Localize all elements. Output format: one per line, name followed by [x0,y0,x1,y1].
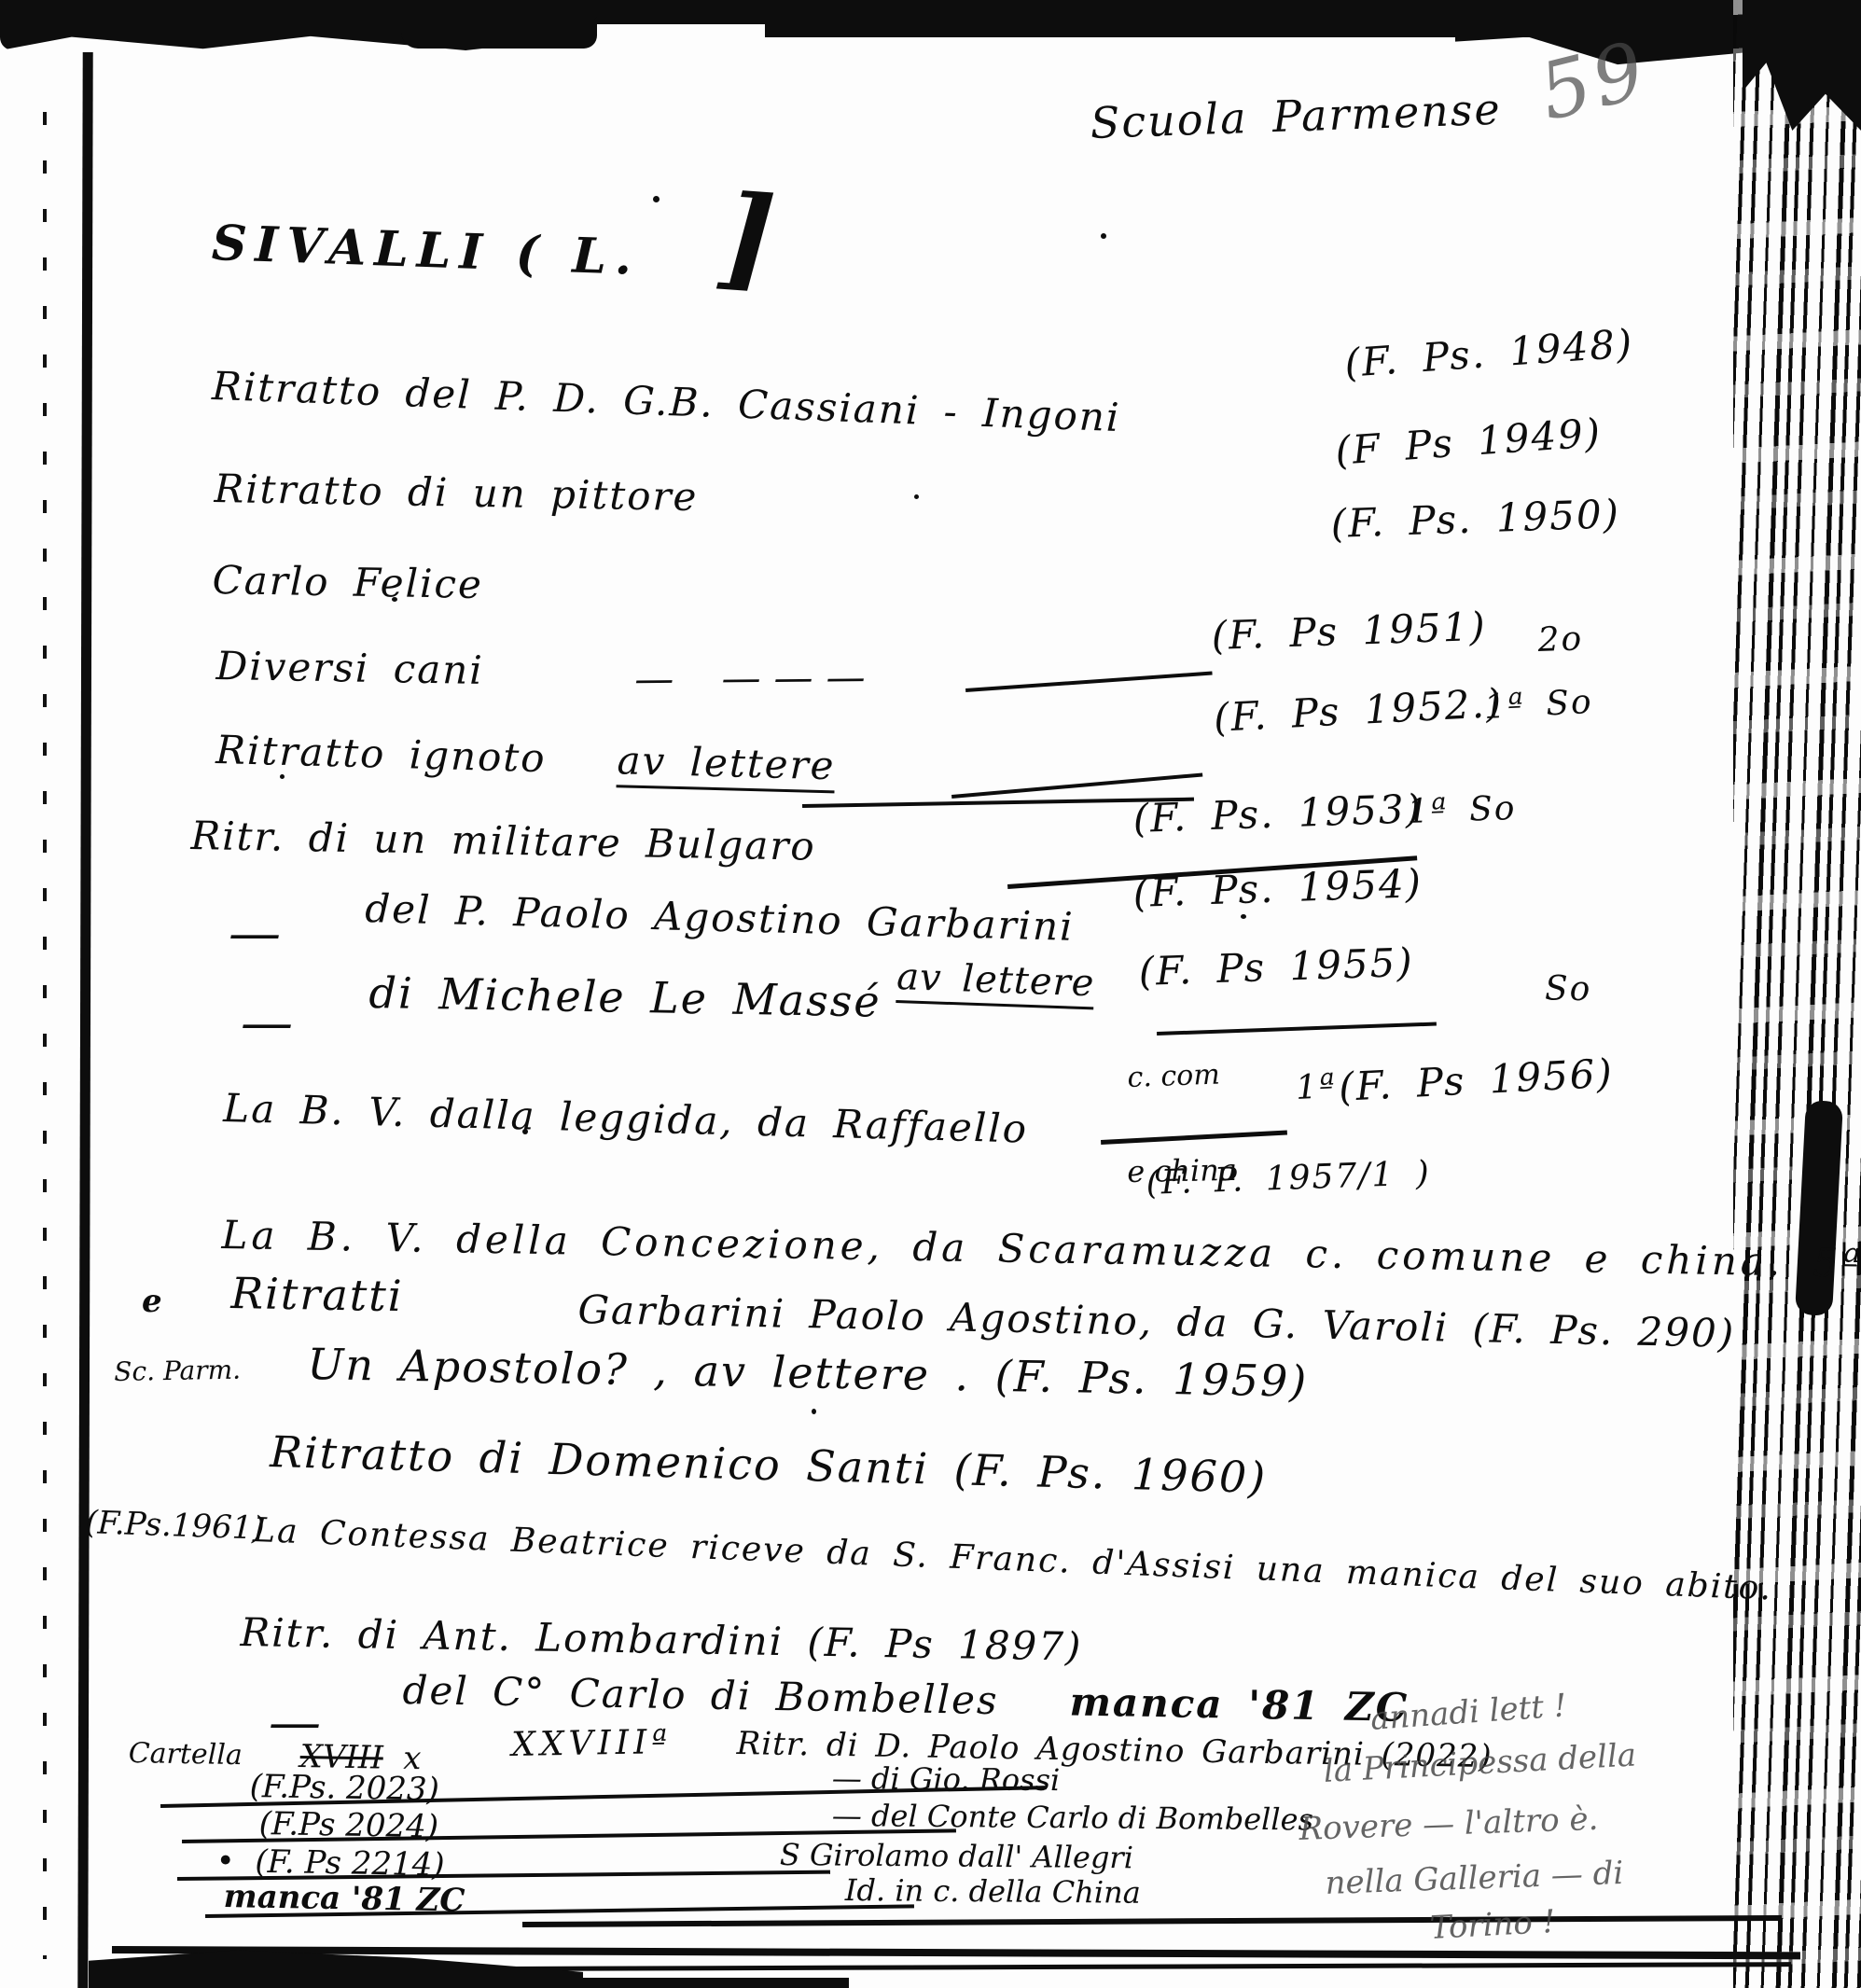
artist-title-text: SIVALLI ( L. [211,215,641,286]
school-header-text: Scuola Parmense [1090,84,1503,148]
entry-ref-text: (F. Ps. 1954) [1132,860,1424,916]
entry-text: Ritratto del P. D. G.B. Cassiani - Ingon… [211,363,1121,440]
entry-ref-text: (F. Ps 1955) [1138,939,1415,994]
entry-text: del C° Carlo di Bombelles [402,1667,999,1723]
bottom-edge-bar [448,1978,849,1988]
entry-sup-text: c. com [1127,1059,1220,1094]
entry-text: Diversi cani [215,643,484,693]
entry-sup-technique: c. com [1127,1061,1220,1093]
entry-line: Ritratto di Domenico Santi (F. Ps. 1960) [270,1429,1268,1500]
ref-1949-text: (F Ps 1949) [1334,410,1604,474]
entry-ref: (F. Ps 1955) [1138,942,1414,993]
entry-ditto-dash: — [229,907,281,962]
title-bracket-text: ] [717,170,779,305]
entry-ref: (F. Ps 1951) [1211,606,1487,657]
entry-annotation-av-lettere: av lettere [896,955,1095,1009]
title-bracket: ] [717,177,778,299]
entry-line: Un Apostolo? , av lettere . (F. Ps. 1959… [307,1342,1309,1404]
ref-1950-text: (F. Ps. 1950) [1330,491,1621,547]
companion-row: — del Conte Carlo di Bombelles [832,1800,1313,1836]
companion-row: — di Gio. Rossi [832,1763,1061,1797]
entry-ref: (F. P. 1957/1 ) [1146,1156,1431,1201]
entry-ref: (F. Ps 1952.) [1213,683,1504,739]
entry-annotation-av-lettere: av lettere [617,737,836,793]
companion-row: S Girolamo dall' Allegri [780,1840,1133,1874]
entry-line-continued: Garbarini Paolo Agostino, da G. Varoli (… [577,1289,1736,1355]
underline-stroke [1101,1131,1287,1145]
entry-text: Ritratti [230,1268,404,1321]
margin-school-abbrev: Sc. Parm. [114,1356,241,1386]
entry-note-text: 1ª So [1407,789,1517,831]
margin-school-abbrev-text: Sc. Parm. [114,1355,241,1387]
ink-speck [653,196,660,202]
entry-text: del P. Paolo Agostino Garbarini [365,885,1075,950]
artist-title: SIVALLI ( L. [211,218,641,285]
entry-note: 2o [1537,621,1584,658]
top-edge-smudge [401,21,597,49]
entry-note-manca: manca '81 ZC [1069,1678,1409,1730]
entry-ref-text: (F. Ps 1951) [1211,604,1488,659]
entry-note-text: 1ª So [1483,683,1594,727]
ink-speck [812,1409,816,1414]
entry-mark: 1ª [1295,1069,1338,1106]
cartella-number-text: XXVIIIª [511,1723,673,1764]
entry-line: Ritr. di Ant. Lombardini (F. Ps 1897) [240,1612,1083,1668]
entry-line: Ritratto di un pittore [214,468,699,518]
cartella-label-text: Cartella [128,1737,243,1772]
entry-dashes: — ——— [634,657,879,700]
ink-speck [280,774,285,779]
side-note-text: nella Galleria — di [1325,1855,1624,1902]
entry-note: So [1545,972,1591,1008]
entry-line: Diversi cani [215,646,484,691]
corner-page-number: 59 [1532,28,1656,133]
entry-line: Ritratto ignoto av lettere [215,730,836,786]
entry-ref-text: (F. Ps 1952.) [1213,680,1504,741]
ink-speck [1241,914,1246,919]
entry-ref: (F. Ps. 1953) [1132,788,1424,840]
entry-mark-text: 1ª [1295,1067,1338,1107]
ref-1950: (F. Ps. 1950) [1330,494,1621,545]
ink-speck [1101,233,1106,239]
ref-1948: (F. Ps. 1948) [1343,323,1635,384]
entry-line: Ritratti [230,1271,404,1319]
entry-dashes-text: — ——— [634,654,879,702]
entry-line: Ritratto del P. D. G.B. Cassiani - Ingon… [211,366,1121,438]
entry-text: Ritratto ignoto [215,727,547,781]
entry-annotation: av lettere [896,957,1096,1003]
book-gutter-texture [1733,0,1861,1988]
left-border-dotted-line [43,112,47,1959]
side-note-line: nella Galleria — di [1325,1857,1624,1901]
entry-line: del C° Carlo di Bombelles manca '81 ZC [402,1670,1409,1729]
side-note-line: Rovere — l'altro è. [1299,1803,1599,1847]
entry-ref: (F. Ps. 1954) [1132,863,1424,914]
entry-ref-text: (F.Ps.1961) [85,1504,266,1548]
entry-text: La B. V. della Concezione, da Scaramuzza… [221,1212,1861,1287]
entry-note: 1ª So [1407,791,1517,830]
entry-text: Ritr. di Ant. Lombardini (F. Ps 1897) [240,1609,1083,1670]
struck-row-bullet: • [215,1842,235,1880]
entry-text: Ritratto di Domenico Santi (F. Ps. 1960) [270,1426,1268,1503]
entry-ref-text: (F. Ps 1956) [1338,1050,1615,1110]
entry-line: Carlo Felice [212,560,483,605]
entry-note-text: So [1545,970,1591,1008]
entry-text: La B. V. dalla leggida, da Raffaello [223,1085,1029,1152]
bottom-streak [504,1962,1791,1971]
entry-text: Carlo Felice [212,557,483,607]
entry-line: La Contessa Beatrice riceve da S. Franc.… [253,1513,1773,1606]
entry-ref-text: (F. Ps. 1953) [1132,785,1424,841]
side-note-line: Torino ! [1429,1906,1556,1946]
ref-1948-text: (F. Ps. 1948) [1343,320,1635,386]
entry-text: Ritratto di un pittore [214,466,699,520]
entry-note-text: 2o [1537,619,1584,660]
entry-text: Ritr. di un militare Bulgaro [190,813,816,869]
scanned-manuscript-page: Scuola Parmense 59 SIVALLI ( L. ] (F. Ps… [0,0,1861,1988]
side-note-text: Rovere — l'altro è. [1299,1800,1599,1848]
underline-stroke [965,672,1213,692]
companion-row-text: Id. in c. della China [845,1872,1141,1911]
companion-row-text: — del Conte Carlo di Bombelles [832,1798,1313,1838]
school-header: Scuola Parmense [1090,87,1502,146]
entry-line: del P. Paolo Agostino Garbarini [365,888,1075,948]
entry-ditto-dash: — [241,996,295,1051]
companion-row: Id. in c. della China [845,1875,1141,1909]
ditto-dash-text: — [241,993,295,1053]
margin-mark-text: e [142,1283,162,1320]
entry-ref: (F.Ps.1961) [85,1507,266,1546]
entry-line: La B. V. dalla leggida, da Raffaello [223,1088,1029,1150]
companion-row-text: S Girolamo dall' Allegri [780,1837,1133,1875]
side-note-text: Torino ! [1429,1903,1556,1947]
entry-line: Ritr. di un militare Bulgaro [190,815,816,868]
ink-speck [914,494,919,499]
left-border-line [77,52,92,1988]
companion-row-text: — di Gio. Rossi [832,1760,1061,1798]
cartella-number: XXVIIIª [511,1725,673,1763]
entry-line: di Michele Le Massé [368,970,882,1024]
entry-note: 1ª So [1483,685,1594,726]
entry-text: di Michele Le Massé [368,967,882,1027]
entry-text: La Contessa Beatrice riceve da S. Franc.… [253,1511,1773,1608]
ditto-dash-text: — [229,903,281,964]
underline-stroke [1157,1022,1437,1036]
ref-1949: (F Ps 1949) [1334,412,1604,472]
margin-mark: e [142,1286,162,1319]
entry-line: La B. V. della Concezione, da Scaramuzza… [221,1215,1861,1286]
entry-text: Un Apostolo? , av lettere . (F. Ps. 1959… [307,1339,1309,1407]
entry-ref: (F. Ps 1956) [1338,1053,1615,1108]
cartella-label: Cartella [128,1739,243,1771]
bottom-streak [522,1915,1782,1927]
